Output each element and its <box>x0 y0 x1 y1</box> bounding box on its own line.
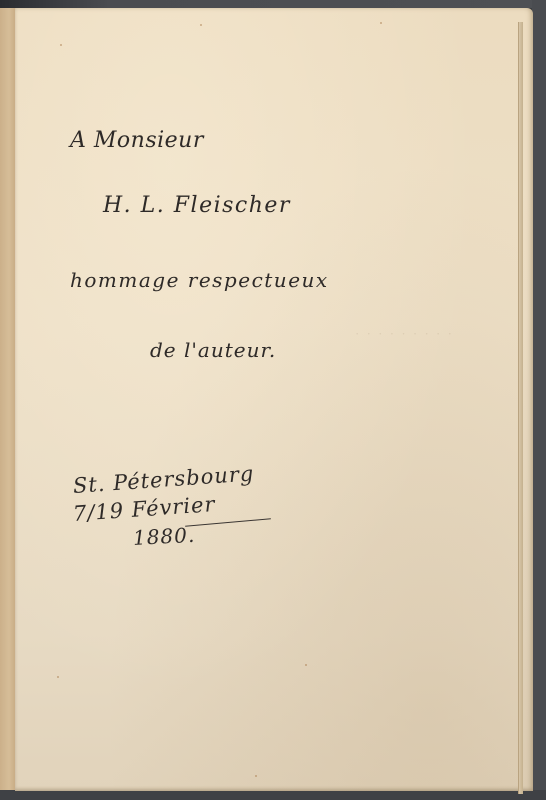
year: 1880. <box>132 523 195 550</box>
book-cover-edge <box>0 8 16 790</box>
show-through-print: · · · · · · · · · <box>355 326 475 340</box>
paper-speck <box>255 775 257 777</box>
dedication-recipient: H. L. Fleischer <box>103 193 291 218</box>
paper-speck <box>305 664 307 666</box>
date-underline <box>185 518 271 526</box>
place: St. Pétersbourg <box>72 461 255 498</box>
paper-speck <box>60 44 62 46</box>
dedication-salutation: A Monsieur <box>70 128 204 153</box>
paper-speck <box>380 22 382 24</box>
paper-speck <box>200 24 202 26</box>
scan-background-top <box>0 0 546 8</box>
scan-background-right <box>532 0 546 800</box>
dedication-homage: hommage respectueux <box>70 268 329 292</box>
dedication-author: de l'auteur. <box>150 338 276 362</box>
scan-background-bottom <box>0 790 546 800</box>
paper-speck <box>57 676 59 678</box>
book-page: · · · · · · · · · A Monsieur H. L. Fleis… <box>15 8 533 791</box>
page-edge <box>518 22 523 794</box>
date: 7/19 Février <box>72 492 216 526</box>
